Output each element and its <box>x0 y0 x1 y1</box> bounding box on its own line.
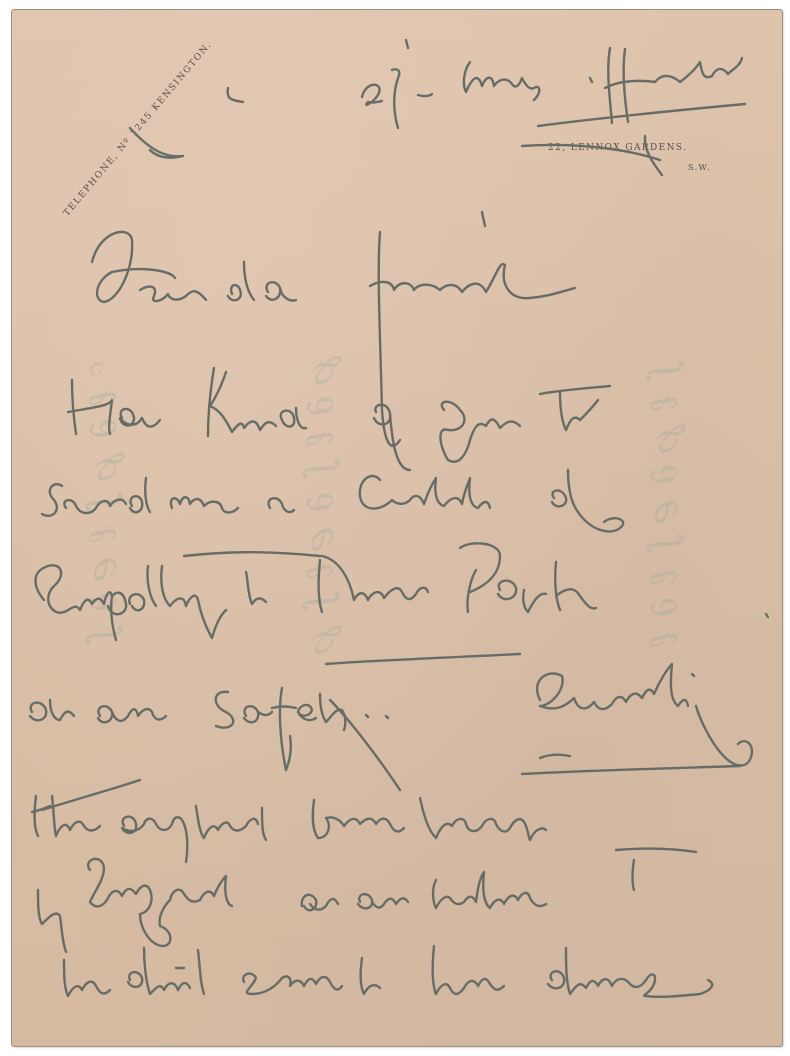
body-line-6: by England on our return <box>30 870 623 924</box>
letterhead-postal-district: S.W. <box>688 163 711 172</box>
body-line-1: How kind of you to <box>68 375 510 429</box>
body-line-3: Sympathy to New York <box>30 560 563 614</box>
body-line-7: we don't seem to have done <box>60 950 710 1004</box>
body-line-2: send me a Cable of <box>52 480 497 534</box>
dateline: 27 May · Harlow <box>360 48 749 102</box>
letterhead-address: 22, LENNOX GARDENS. <box>548 143 687 153</box>
body-line-4: on our safety . . According <box>30 680 646 734</box>
body-line-5: to the way we've been treated <box>30 790 734 844</box>
salutation: Dear old friend <box>95 250 450 304</box>
